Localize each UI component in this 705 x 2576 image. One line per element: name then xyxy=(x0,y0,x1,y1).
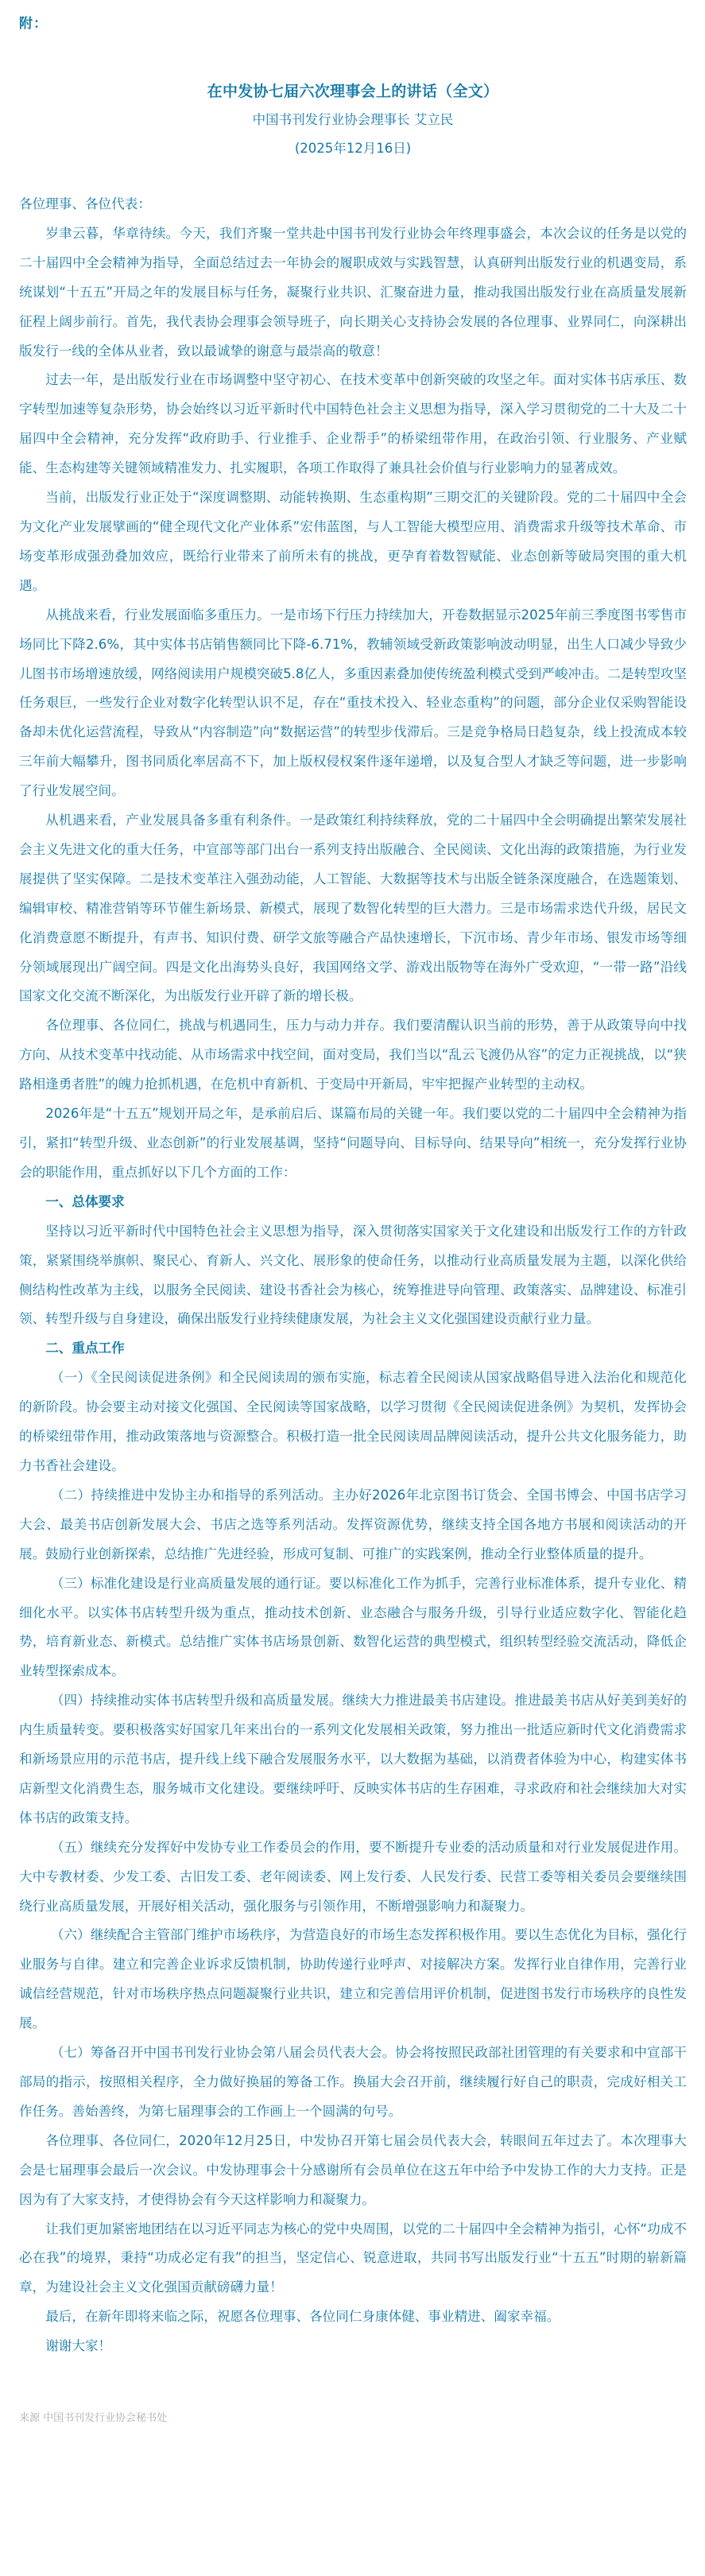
paragraph: 从挑战来看，行业发展面临多重压力。一是市场下行压力持续加大，开卷数据显示2025… xyxy=(19,601,687,806)
paragraph: 各位理事、各位同仁，挑战与机遇同生，压力与动力并存。我们要清醒认识当前的形势，善… xyxy=(19,1011,687,1100)
title-block: 在中发协七届六次理事会上的讲话（全文） 中国书刊发行业协会理事长 艾立民 (20… xyxy=(19,80,687,163)
paragraph: 当前，出版发行业正处于“深度调整期、动能转换期、生态重构期”三期交汇的关键阶段。… xyxy=(19,483,687,601)
paragraph: 从机遇来看，产业发展具备多重有利条件。一是政策红利持续释放，党的二十届四中全会明… xyxy=(19,806,687,1011)
paragraph: 过去一年，是出版发行业在市场调整中坚守初心、在技术变革中创新突破的攻坚之年。面对… xyxy=(19,366,687,483)
key-work-item: （五）继续充分发挥好中发协专业工作委员会的作用，要不断提升专业委的活动质量和对行… xyxy=(19,1833,687,1922)
speech-date: (2025年12月16日) xyxy=(19,134,687,163)
article-page: 附： 在中发协七届六次理事会上的讲话（全文） 中国书刊发行业协会理事长 艾立民 … xyxy=(0,0,705,2427)
speaker-line: 中国书刊发行业协会理事长 艾立民 xyxy=(19,106,687,134)
section-paragraph: 坚持以习近平新时代中国特色社会主义思想为指导，深入贯彻落实国家关于文化建设和出版… xyxy=(19,1217,687,1335)
key-work-item: （四）持续推动实体书店转型升级和高质量发展。继续大力推进最美书店建设。推进最美书… xyxy=(19,1686,687,1833)
greeting: 各位理事、各位代表： xyxy=(19,190,687,219)
appendix-label: 附： xyxy=(19,0,687,44)
thanks-line: 谢谢大家！ xyxy=(19,2332,687,2361)
key-work-item: （六）继续配合主管部门维护市场秩序，为营造良好的市场生态发挥积极作用。要以生态优… xyxy=(19,1921,687,2039)
closing-wishes: 最后，在新年即将来临之际，祝愿各位理事、各位同仁身康体健、事业精进、阖家幸福。 xyxy=(19,2302,687,2332)
section-heading-general-requirements: 一、总体要求 xyxy=(19,1188,687,1217)
key-work-item: （三）标准化建设是行业高质量发展的通行证。要以标准化工作为抓手，完善行业标准体系… xyxy=(19,1569,687,1687)
section-heading-key-work: 二、重点工作 xyxy=(19,1334,687,1364)
key-work-item: （七）筹备召开中国书刊发行业协会第八届会员代表大会。协会将按照民政部社团管理的有… xyxy=(19,2039,687,2127)
article-body: 各位理事、各位代表： 岁聿云暮，华章待续。今天，我们齐聚一堂共赴中国书刊发行业协… xyxy=(19,190,687,2361)
source-attribution: 来源 中国书刊发行业协会秘书处 xyxy=(19,2411,687,2427)
key-work-item: （二）持续推进中发协主办和指导的系列活动。主办好2026年北京图书订货会、全国书… xyxy=(19,1481,687,1569)
paragraph: 岁聿云暮，华章待续。今天，我们齐聚一堂共赴中国书刊发行业协会年终理事盛会，本次会… xyxy=(19,219,687,367)
article-title: 在中发协七届六次理事会上的讲话（全文） xyxy=(19,80,687,103)
key-work-item: （一）《全民阅读促进条例》和全民阅读周的颁布实施，标志着全民阅读从国家战略倡导进… xyxy=(19,1364,687,1481)
closing-paragraph: 各位理事、各位同仁，2020年12月25日，中发协召开第七届会员代表大会，转眼间… xyxy=(19,2127,687,2215)
closing-paragraph: 让我们更加紧密地团结在以习近平同志为核心的党中央周围，以党的二十届四中全会精神为… xyxy=(19,2215,687,2303)
paragraph: 2026年是“十五五”规划开局之年，是承前启后、谋篇布局的关键一年。我们要以党的… xyxy=(19,1100,687,1188)
